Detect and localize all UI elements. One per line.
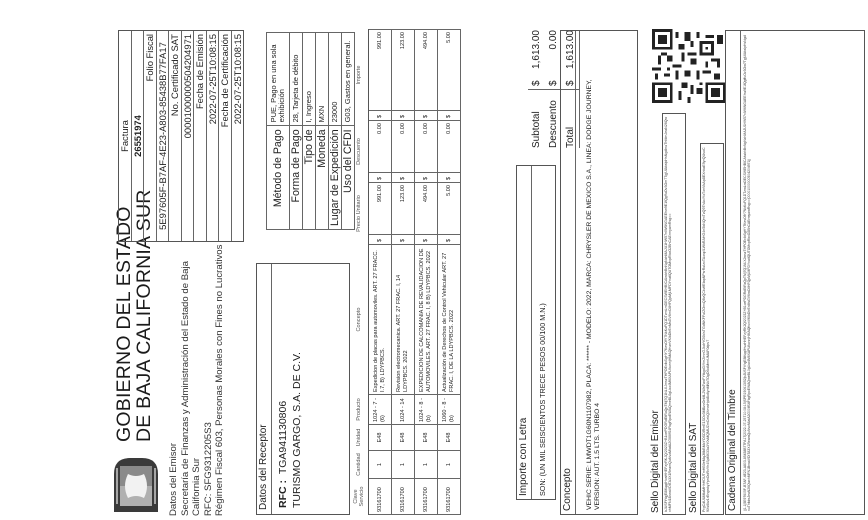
header-producto: Producto	[350, 395, 369, 425]
emission-date-label: Fecha de Emisión	[194, 31, 207, 241]
issuer-seal-title: Sello Digital del Emisor	[650, 113, 662, 515]
header-concepto: Concepto	[350, 245, 369, 395]
payment-value: I, Ingreso	[303, 33, 316, 126]
currency-sign: $	[415, 111, 438, 121]
concept-line2: VERSION: AUT. 1.5 LTS. TURBO 4	[594, 35, 602, 510]
currency-sign: $	[415, 173, 438, 183]
cell-precio: 5.00	[438, 183, 461, 235]
qr-code-icon	[652, 29, 726, 103]
header-importe: Importe	[350, 30, 369, 121]
emission-date-value: 2022-07-25T10:08:15	[207, 31, 220, 241]
currency-sign: $	[392, 173, 415, 183]
cell-importe: 123.00	[392, 30, 415, 111]
cell-descuento: 0.00	[415, 121, 438, 173]
certificate-label: No. Certificado SAT	[169, 31, 182, 241]
cell-descuento: 0.00	[438, 121, 461, 173]
payment-details-table: Método de PagoPUE, Pago en una sola exhi…	[266, 32, 355, 230]
items-table: Clave Servicio Cantidad Unidad Producto …	[350, 30, 461, 515]
cell-concepto: Actualización de Derechos de Control Veh…	[438, 245, 461, 395]
issuer-rfc: RFC: SFG9312205S3	[203, 245, 215, 516]
concept-line1: VEHIC SERIE: LMWDT1G60N1107982, PLACA: *…	[586, 35, 594, 510]
issuer-digital-seal: Sello Digital del Emisor bJUSFtYqjE8lKqq…	[650, 113, 686, 515]
payment-row: Lugar de Expedición23000	[329, 33, 342, 230]
currency-sign: $	[369, 111, 392, 121]
currency-sign: $	[369, 235, 392, 245]
amount-in-words-box: Importe con Letra SON: (UN MIL SEISCIENT…	[516, 165, 556, 500]
payment-value: 23000	[329, 33, 342, 126]
cell-concepto: Expedicion de placas para automoviles. A…	[369, 245, 392, 395]
subtotal-value: 1,613.00	[528, 30, 545, 69]
original-chain-text: ||1.1|5E97605F-B7AF-4E23-A803-85438B77FA…	[741, 31, 753, 514]
currency-sign: $	[392, 235, 415, 245]
currency-sign: $	[369, 173, 392, 183]
cell-producto: 1024 - 8 - (b)	[415, 395, 438, 425]
payment-label: Tipo de	[303, 126, 316, 230]
table-row: 93161700 1 E48 1024 - 8 - (b) EXPEDICION…	[415, 30, 438, 515]
concept-title: Concepto	[561, 31, 576, 514]
currency-sign: $	[415, 235, 438, 245]
folio-value: 5E97605F-B7AF-4E23-A803-85438B77FA17	[157, 31, 170, 241]
cell-cantidad: 1	[415, 451, 438, 479]
payment-row: Forma de Pago28, Tarjeta de débito	[290, 33, 303, 230]
invoice-type-label: Factura	[119, 31, 132, 241]
table-row: 93161700 1 E48 1024 - 7 - (6) Expedicion…	[369, 30, 392, 515]
issuer-department-cont: California Sur	[191, 245, 203, 516]
cell-clave: 93161700	[369, 479, 392, 515]
table-row: 93161700 1 E48 1060 - 8 - (b) Actualizac…	[438, 30, 461, 515]
amount-in-words-text: SON: (UN MIL SEISCIENTOS TRECE PESOS 00/…	[532, 166, 553, 499]
state-coat-of-arms-icon	[112, 456, 160, 514]
currency-sign: $	[438, 235, 461, 245]
sat-seal-text: PrgCdUUMlaMHhHDUTmHB0eMqJMkBMxYOSDIRmE1S…	[701, 144, 712, 514]
receiver-rfc-label: RFC :	[277, 480, 289, 508]
certificate-value: 00001000000504204971	[182, 31, 195, 241]
original-chain-title: Cadena Original del Timbre	[726, 31, 741, 514]
issuer-regimen: Régimen Fiscal 603, Personas Morales con…	[214, 245, 226, 516]
amount-in-words-title: Importe con Letra	[517, 166, 532, 499]
issuer-section-title: Datos del Emisor	[168, 245, 180, 516]
cell-clave: 93161700	[438, 479, 461, 515]
invoice-page: GOBIERNO DEL ESTADO DE BAJA CALIFORNIA S…	[0, 0, 868, 520]
currency-sign: $	[438, 173, 461, 183]
cell-descuento: 0.00	[392, 121, 415, 173]
issuer-details: Datos del Emisor Secretaría de Finanzas …	[168, 245, 226, 516]
header-descuento: Descuento	[350, 121, 369, 183]
cell-unidad: E48	[438, 425, 461, 451]
currency-sign: $	[438, 111, 461, 121]
cell-producto: 1024 - 14	[392, 395, 415, 425]
cell-cantidad: 1	[369, 451, 392, 479]
header-cantidad: Cantidad	[350, 451, 369, 479]
cell-producto: 1060 - 8 - (b)	[438, 395, 461, 425]
cell-precio: 123.00	[392, 183, 415, 235]
header-precio: Precio Unitario	[350, 183, 369, 245]
receiver-name: TURISMO GARGO, S.A. DE C.V.	[290, 270, 304, 508]
totals-row-subtotal: Subtotal $ 1,613.00	[528, 30, 545, 148]
issuer-seal-text: bJUSFtYqjE8lKqqlHvaHHEFzjrRKJQ/2023Z+B1o…	[663, 114, 674, 514]
items-header-row: Clave Servicio Cantidad Unidad Producto …	[350, 30, 369, 515]
cell-importe: 991.00	[369, 30, 392, 111]
issuer-department: Secretaría de Finanzas y Administración …	[180, 245, 192, 516]
payment-value: 28, Tarjeta de débito	[290, 33, 303, 126]
cell-clave: 93161700	[415, 479, 438, 515]
original-chain-box: Cadena Original del Timbre ||1.1|5E97605…	[725, 30, 865, 515]
currency-sign: $	[392, 111, 415, 121]
cell-descuento: 0.00	[369, 121, 392, 173]
cell-importe: 494.00	[415, 30, 438, 111]
header-unidad: Unidad	[350, 425, 369, 451]
payment-row: Método de PagoPUE, Pago en una sola exhi…	[267, 33, 290, 230]
header-clave: Clave Servicio	[350, 479, 369, 515]
sat-seal-title: Sello Digital del SAT	[688, 143, 700, 515]
cell-unidad: E48	[392, 425, 415, 451]
certification-date-label: Fecha de Certificación	[219, 31, 232, 241]
payment-row: Tipo deI, Ingreso	[303, 33, 316, 230]
concept-box: Concepto VEHIC SERIE: LMWDT1G60N1107982,…	[560, 30, 638, 515]
folio-label: Folio Fiscal	[144, 31, 157, 241]
invoice-header-box: Factura 26551974 Folio Fiscal 5E97605F-B…	[118, 30, 244, 242]
payment-label: Forma de Pago	[290, 126, 303, 230]
receiver-section-title: Datos del Receptor	[257, 264, 272, 514]
cell-unidad: E48	[369, 425, 392, 451]
sat-digital-seal: Sello Digital del SAT PrgCdUUMlaMHhHDUTm…	[688, 143, 724, 515]
cell-concepto: Revision electromecanica. ART. 27 FRAC. …	[392, 245, 415, 395]
cell-producto: 1024 - 7 - (6)	[369, 395, 392, 425]
cell-precio: 991.00	[369, 183, 392, 235]
certification-date-value: 2022-07-25T10:08:15	[232, 31, 244, 241]
receiver-box: Datos del Receptor RFC : TGA941130806 TU…	[256, 263, 350, 515]
issuer-seal-box: bJUSFtYqjE8lKqqlHvaHHEFzjrRKJQ/2023Z+B1o…	[662, 113, 686, 515]
cell-unidad: E48	[415, 425, 438, 451]
payment-row: MonedaMXN	[316, 33, 329, 230]
cell-cantidad: 1	[438, 451, 461, 479]
cell-importe: 5.00	[438, 30, 461, 111]
table-row: 93161700 1 E48 1024 - 14 Revision electr…	[392, 30, 415, 515]
payment-value: MXN	[316, 33, 329, 126]
payment-value: PUE, Pago en una sola exhibición	[267, 33, 290, 126]
payment-label: Lugar de Expedición	[329, 126, 342, 230]
sat-seal-box: PrgCdUUMlaMHhHDUTmHB0eMqJMkBMxYOSDIRmE1S…	[700, 143, 724, 515]
payment-label: Moneda	[316, 126, 329, 230]
receiver-rfc: TGA941130806	[277, 401, 289, 474]
subtotal-label: Subtotal	[528, 111, 545, 148]
cell-concepto: EXPEDICION DE CALCOMANIA DE REVALIDACION…	[415, 245, 438, 395]
cell-precio: 494.00	[415, 183, 438, 235]
cell-cantidad: 1	[392, 451, 415, 479]
invoice-number: 26551974	[132, 31, 145, 241]
currency-sign: $	[528, 80, 545, 86]
payment-label: Método de Pago	[267, 126, 290, 230]
cell-clave: 93161700	[392, 479, 415, 515]
